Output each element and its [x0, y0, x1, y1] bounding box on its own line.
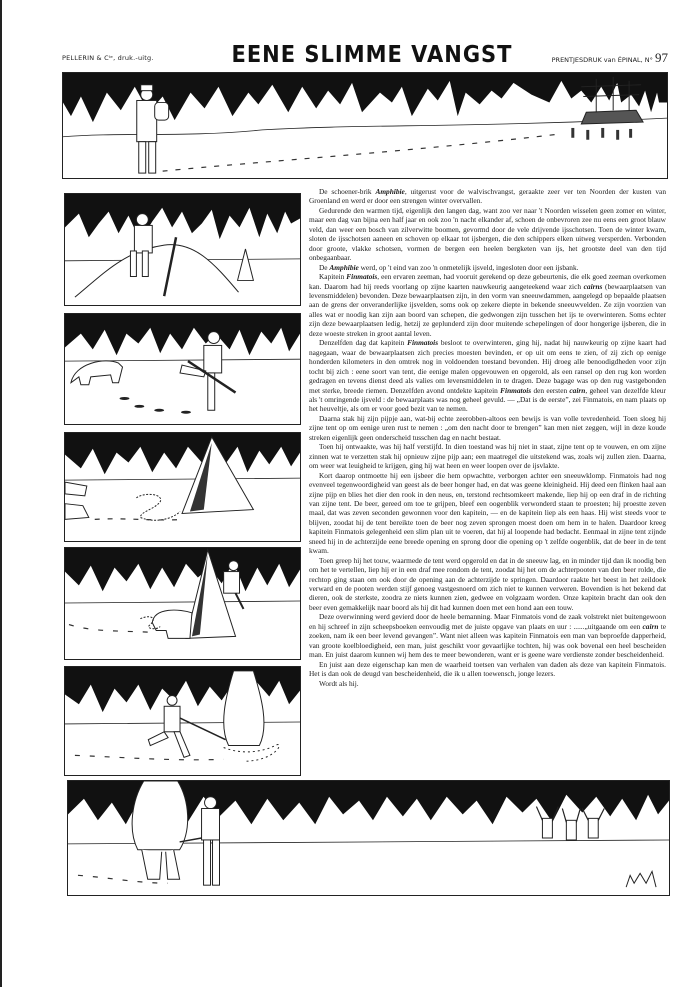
bear-chase-illustration: [65, 314, 300, 424]
story-text: De schoener-brik Amphibie, uitgerust voo…: [309, 187, 666, 688]
comic-panel-7: [67, 780, 670, 896]
story-paragraph: Wordt als hij.: [309, 679, 666, 688]
comic-panel-1: [62, 72, 668, 179]
italic-term: Amphibie: [329, 263, 358, 272]
publisher-credit: PELLERIN & Cᴵᵉ, druk.-uitg.: [62, 54, 154, 62]
artist-signature: [626, 871, 656, 887]
story-paragraph: Toen hij ontwaakte, was hij half verstij…: [309, 442, 666, 470]
italic-term: Finmatois: [346, 272, 377, 281]
comic-panel-2: [64, 193, 301, 306]
italic-term: cairn: [569, 386, 585, 395]
comic-panel-6: [64, 666, 301, 776]
story-paragraph: De Amphibie werd, op 't eind van zoo 'n …: [309, 263, 666, 272]
series-number: 97: [655, 50, 668, 65]
comic-panel-3: [64, 313, 301, 425]
series-prefix: PRENTJESDRUK van ÉPINAL, N°: [552, 56, 653, 64]
arctic-scene-illustration: [63, 73, 667, 178]
story-paragraph: Kort daarop ontmoette hij een ijsbeer di…: [309, 471, 666, 556]
story-paragraph: Denzelfden dag dat kapitein Finmatois be…: [309, 338, 666, 414]
italic-term: Amphibie: [375, 187, 404, 196]
series-label: PRENTJESDRUK van ÉPINAL, N° 97: [552, 50, 668, 66]
story-paragraph: Daarna stak hij zijn pijpje aan, wat-bij…: [309, 414, 666, 442]
captured-bear-illustration: [68, 781, 669, 895]
page-title: EENE SLIMME VANGST: [222, 41, 522, 68]
italic-term: cairns: [584, 282, 603, 291]
page-header: PELLERIN & Cᴵᵉ, druk.-uitg. EENE SLIMME …: [62, 42, 668, 68]
story-paragraph: Gedurende den warmen tijd, eigenlijk den…: [309, 206, 666, 263]
story-paragraph: De schoener-brik Amphibie, uitgerust voo…: [309, 187, 666, 206]
page-edge: [0, 0, 2, 987]
bear-enters-tent-illustration: [65, 548, 300, 659]
comic-panel-5: [64, 547, 301, 660]
italic-term: Finmatois: [500, 386, 531, 395]
comic-panel-4: [64, 432, 301, 542]
italic-term: cairn: [643, 622, 659, 631]
story-paragraph: En juist aan deze eigenschap kan men de …: [309, 660, 666, 679]
tent-bear-illustration: [65, 433, 300, 541]
italic-term: Finmatois: [407, 338, 438, 347]
story-paragraph: Kapitein Finmatois, een ervaren zeeman, …: [309, 272, 666, 338]
tying-bear-illustration: [65, 667, 300, 775]
story-paragraph: Deze overwinning werd gevierd door de he…: [309, 612, 666, 659]
cairn-scene-illustration: [65, 194, 300, 305]
story-paragraph: Toen greep hij het touw, waarmede de ten…: [309, 556, 666, 613]
